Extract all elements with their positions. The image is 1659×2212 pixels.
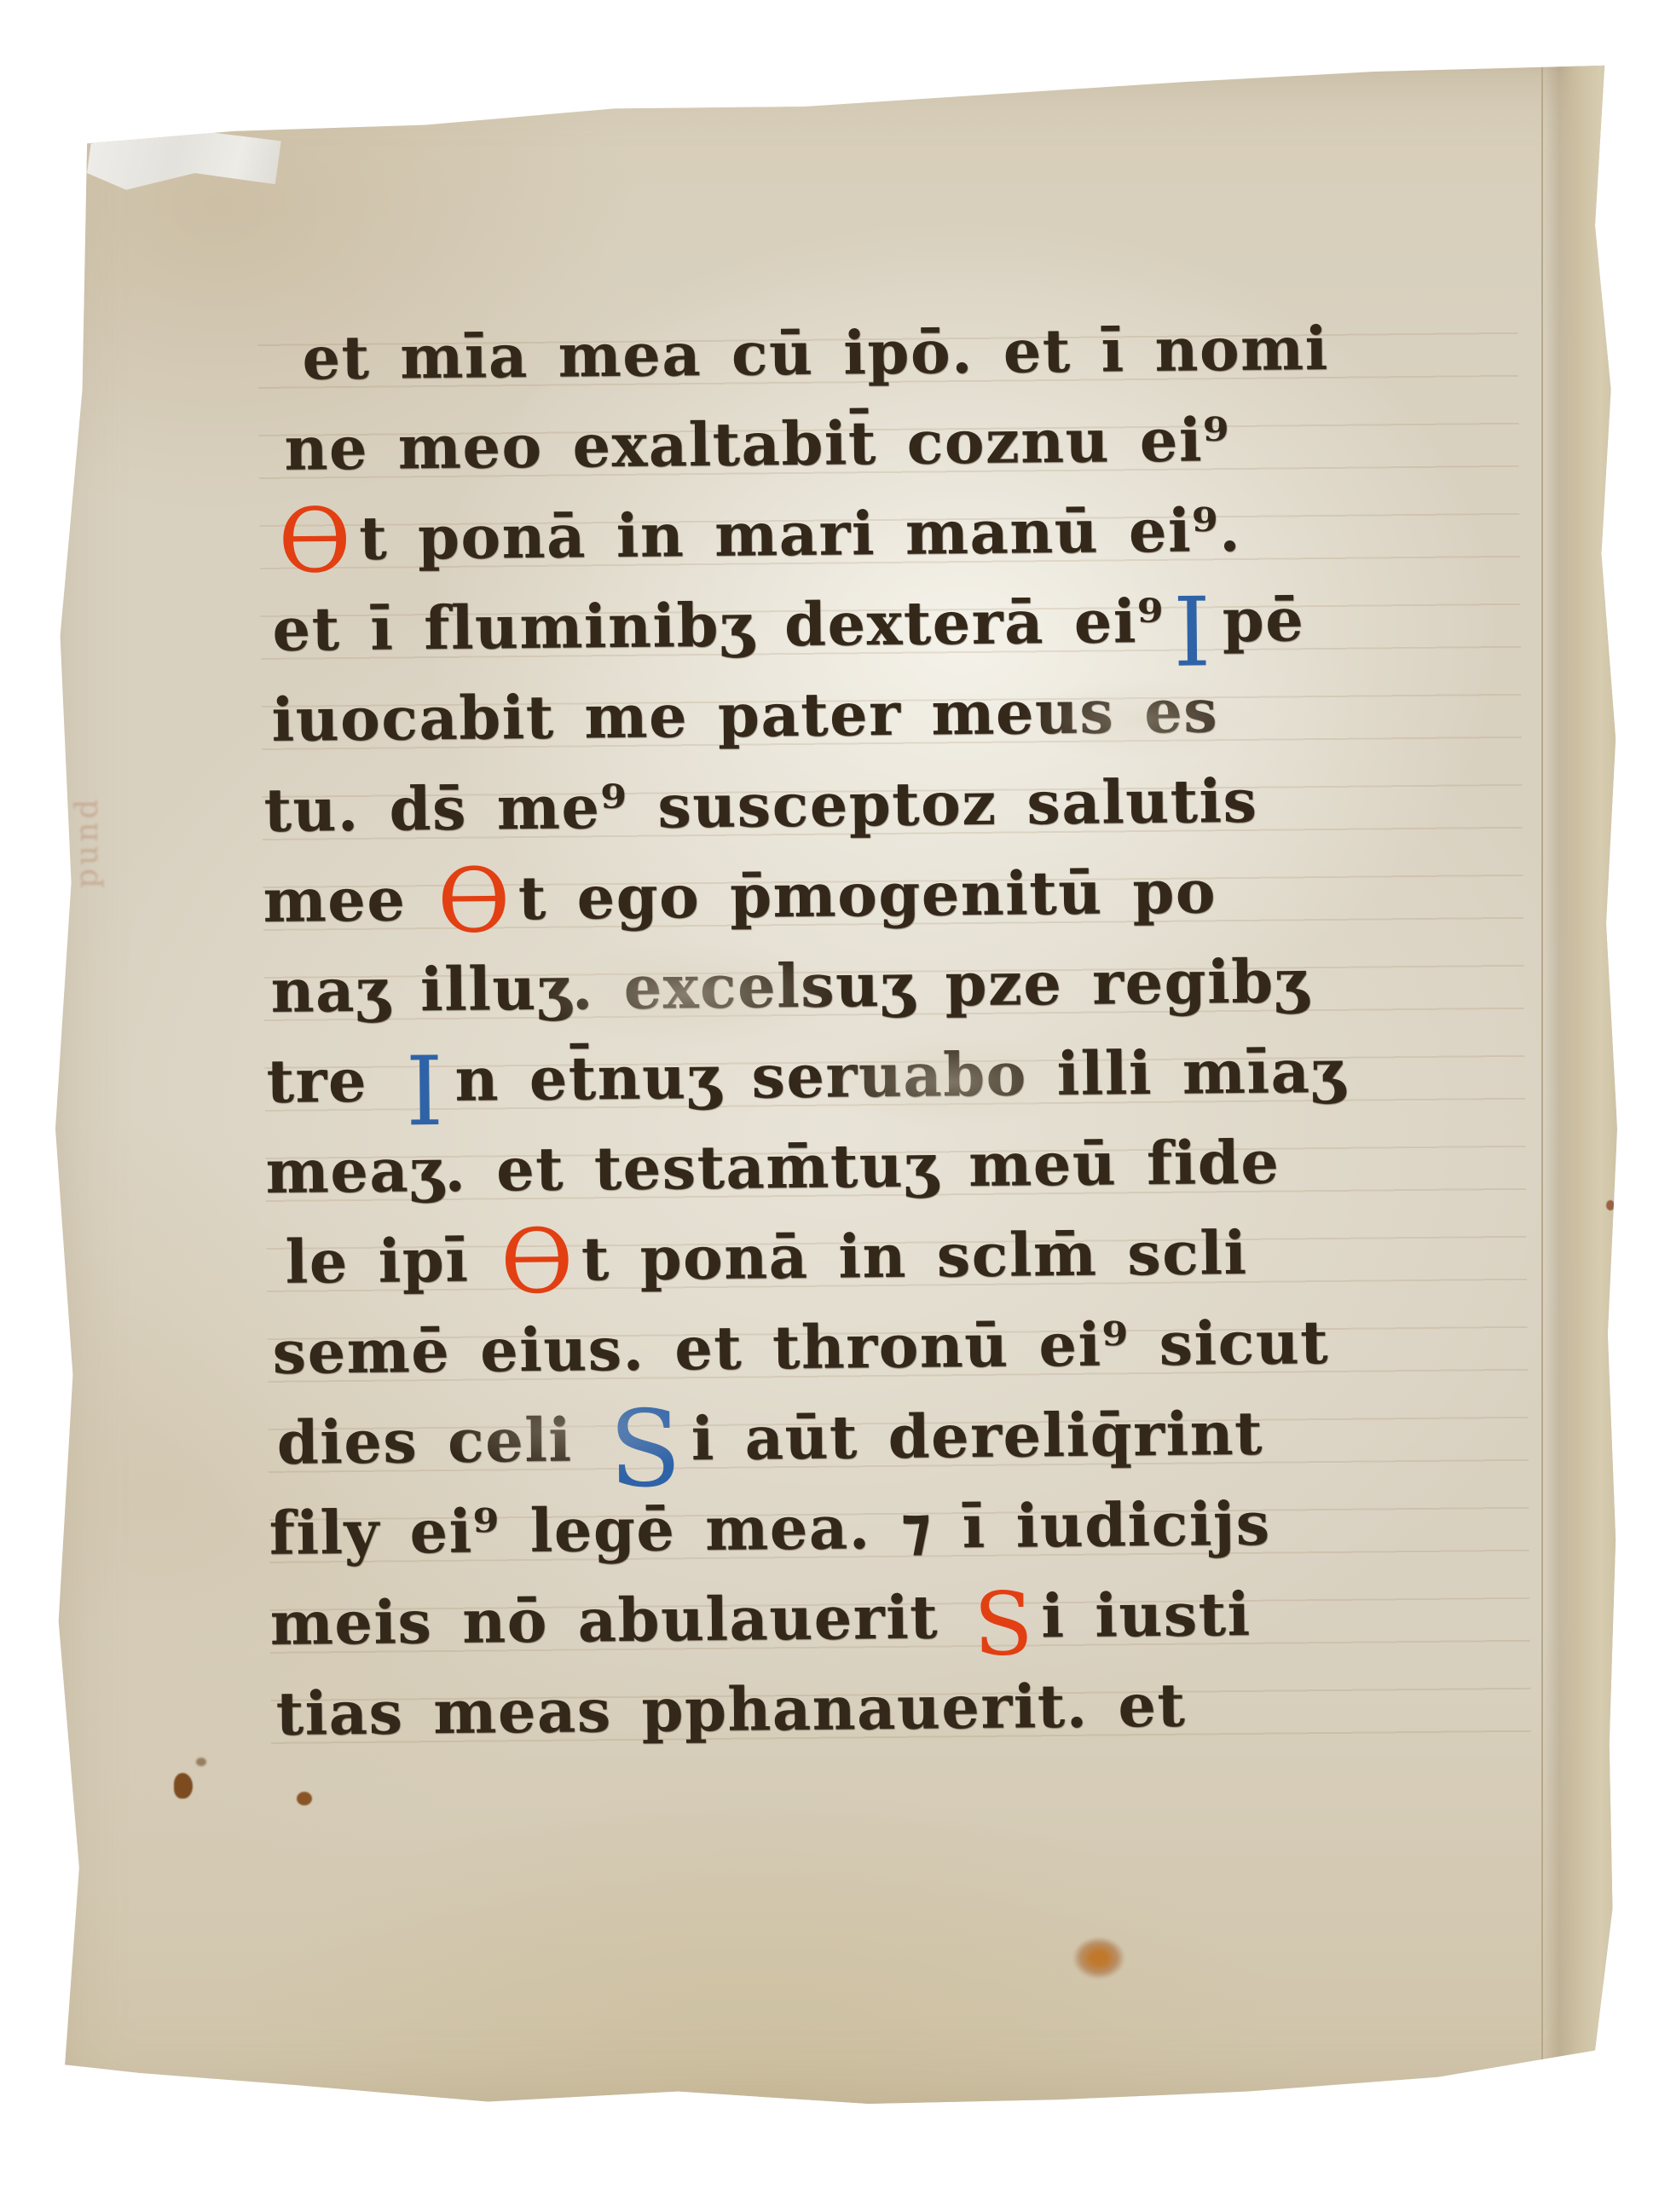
ink-blot bbox=[174, 1773, 193, 1799]
faint-marginal-inscription: pund bbox=[70, 726, 107, 888]
initial-I-blue: I bbox=[1173, 587, 1213, 678]
text-line: meaʒ. et testam̄tuʒ meū fide bbox=[265, 1115, 1526, 1217]
brown-stain bbox=[1072, 1937, 1125, 1979]
initial-I-blue: I bbox=[405, 1047, 445, 1137]
line-text: meis nō abulauerit bbox=[269, 1581, 968, 1659]
text-line: mee Ɵt ego p̄mogenitū po bbox=[263, 844, 1523, 946]
text-line: fily ei⁹ legē mea. ⁊ ī iudicijs bbox=[269, 1476, 1529, 1579]
line-text: naʒ illuʒ. excelsuʒ pze regibʒ bbox=[270, 945, 1309, 1026]
line-text: et mīa mea cū ipō. et ī nomi bbox=[302, 313, 1329, 394]
line-text: tre bbox=[266, 1044, 397, 1116]
text-line: et ī fluminibʒ dexterā ei⁹Ipē bbox=[272, 573, 1521, 675]
text-line: semē eius. et thronū ei⁹ sicut bbox=[272, 1296, 1528, 1398]
initial-E-red: Ɵ bbox=[500, 1216, 575, 1307]
line-text: semē eius. et thronū ei⁹ sicut bbox=[272, 1307, 1329, 1388]
line-text: meaʒ. et testam̄tuʒ meū fide bbox=[265, 1127, 1280, 1207]
repair-tape-patch bbox=[87, 123, 283, 193]
edge-speck bbox=[1606, 1200, 1615, 1210]
line-text: pē bbox=[1222, 584, 1304, 656]
line-text: n et̄nuʒ seruabo illi mīaʒ bbox=[454, 1036, 1346, 1115]
line-text: et ī fluminibʒ dexterā ei⁹ bbox=[272, 586, 1165, 665]
line-text: dies celi bbox=[276, 1404, 602, 1478]
vellum-fore-edge bbox=[1541, 61, 1616, 2083]
manuscript-leaf: pund et mīa mea cū ipō. et ī nomi ne meo… bbox=[44, 61, 1628, 2114]
line-text: t ego p̄mogenitū po bbox=[517, 856, 1217, 933]
line-text: ne meo exaltabit̄ coznu ei⁹ bbox=[284, 404, 1230, 484]
line-text: i aūt dereliq̄rint bbox=[691, 1398, 1263, 1474]
line-text: iuocabit me pater meus es bbox=[271, 675, 1218, 755]
ink-blot bbox=[196, 1758, 206, 1766]
initial-S-red: S bbox=[973, 1580, 1034, 1671]
ink-blot bbox=[297, 1792, 312, 1805]
initial-E-red: Ɵ bbox=[437, 855, 512, 946]
text-line: iuocabit me pater meus es bbox=[271, 663, 1522, 765]
text-line: le ipī Ɵt ponā in sclm̄ scli bbox=[285, 1205, 1527, 1308]
text-line: tu. ds̄ me⁹ susceptoz salutis bbox=[263, 754, 1523, 856]
text-line: tias meas pphanauerit. et bbox=[275, 1657, 1531, 1759]
line-text: fily ei⁹ legē mea. ⁊ ī iudicijs bbox=[269, 1488, 1271, 1568]
photo-background: { "document_type": "Illuminated manuscri… bbox=[0, 0, 1659, 2212]
line-text: le ipī bbox=[285, 1224, 499, 1297]
line-text: tu. ds̄ me⁹ susceptoz salutis bbox=[263, 765, 1258, 846]
text-line: naʒ illuʒ. excelsuʒ pze regibʒ bbox=[270, 934, 1524, 1037]
line-text: t ponā in sclm̄ scli bbox=[581, 1217, 1248, 1294]
line-text: t ponā in mari manū ei⁹. bbox=[359, 494, 1242, 574]
line-text: tias meas pphanauerit. et bbox=[275, 1670, 1186, 1749]
text-line: et mīa mea cū ipō. et ī nomi bbox=[302, 302, 1518, 404]
line-text: mee bbox=[263, 863, 436, 936]
initial-E-red: Ɵ bbox=[278, 495, 353, 586]
text-line: ne meo exaltabit̄ coznu ei⁹ bbox=[284, 392, 1519, 494]
initial-S-blue: S bbox=[609, 1404, 683, 1495]
text-line: Ɵt ponā in mari manū ei⁹. bbox=[276, 482, 1520, 585]
line-text: i iusti bbox=[1041, 1579, 1251, 1651]
text-line: tre In et̄nuʒ seruabo illi mīaʒ bbox=[266, 1025, 1525, 1127]
text-line: meis nō abulauerit Si iusti bbox=[269, 1567, 1530, 1669]
text-line: dies celi Si aūt dereliq̄rint bbox=[276, 1386, 1529, 1488]
text-block: et mīa mea cū ipō. et ī nomi ne meo exal… bbox=[257, 302, 1531, 1759]
